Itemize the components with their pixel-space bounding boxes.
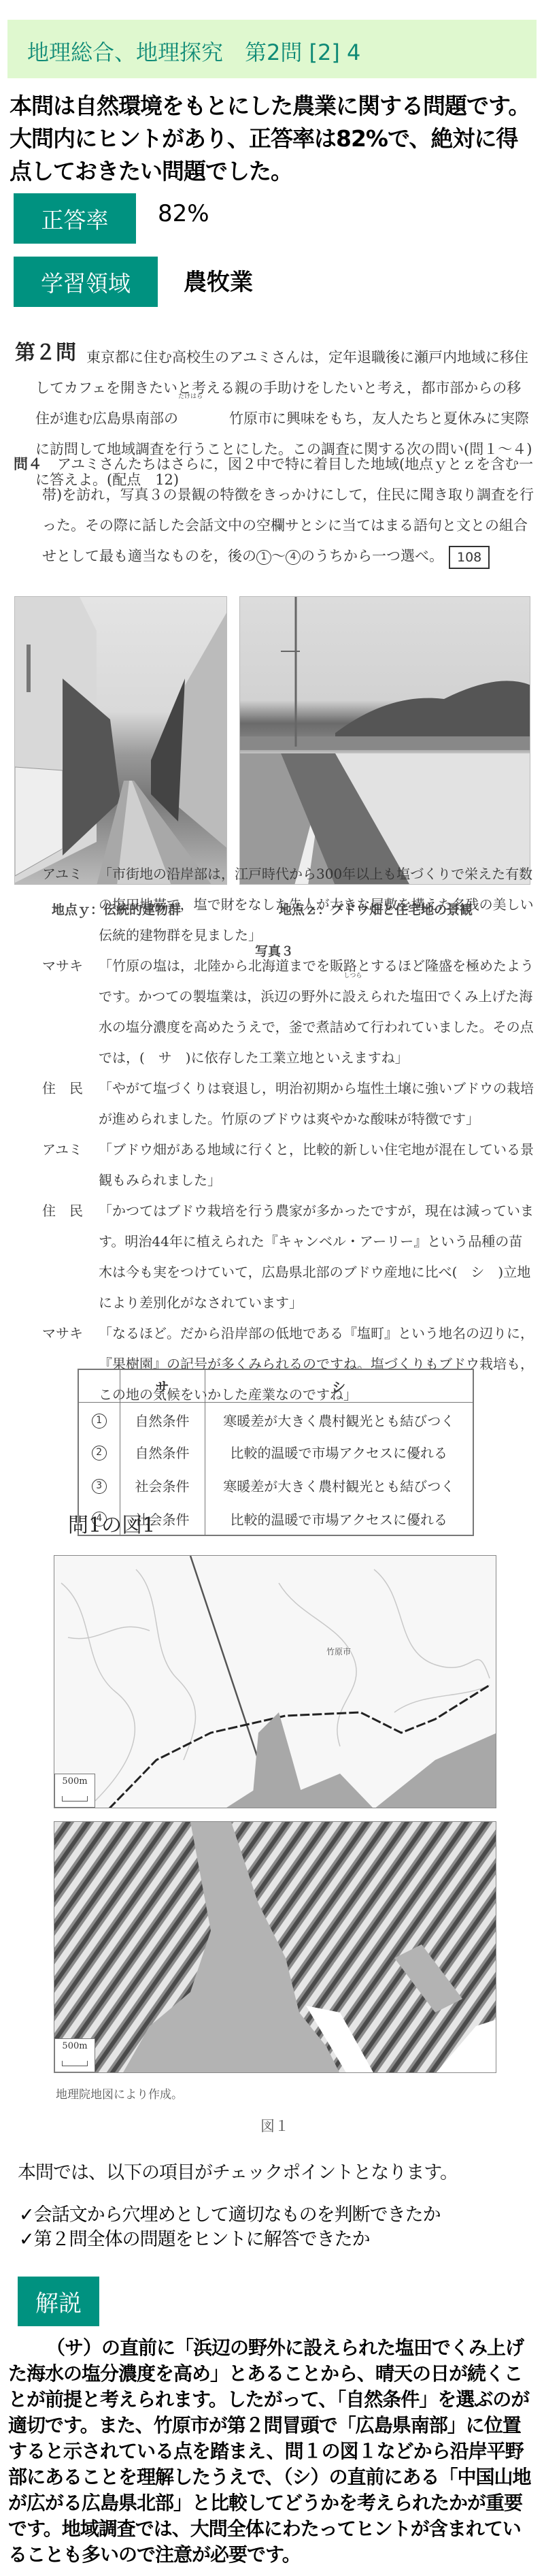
shi-cell: 寒暖差が大きく農村観光とも結びつく [205, 1469, 473, 1502]
ruby-takehara: たけはら竹原 [178, 404, 258, 434]
figure-source-note: 地理院地図により作成。 [56, 2085, 183, 2102]
speaker: アユミ [42, 859, 99, 951]
page-title: 地理総合、地理探究 第2問 [2] 4 [27, 35, 360, 67]
photo-traditional-buildings [14, 596, 227, 885]
ruby-shitsura: しつら設 [342, 981, 356, 1012]
relief-map-illustration [54, 1822, 496, 2073]
ruby-base: 竹原 [229, 410, 258, 427]
topographic-map: 竹原市 500m [54, 1555, 496, 1808]
choice-number-cell: 1 [78, 1402, 120, 1435]
table-row: 3 社会条件 寒暖差が大きく農村観光とも結びつく [78, 1469, 473, 1502]
circled-number-icon: 1 [92, 1414, 107, 1429]
map-label: 竹原市 [326, 1647, 351, 1657]
utterance: 「市街地の沿岸部は，江戸時代から300年以上も塩づくりで栄えた有数の塩田地帯で，… [99, 859, 534, 951]
utterance: 「竹原の塩は，北陸から北海道までを販路とするほど隆盛を極めたようです。かつての製… [99, 951, 534, 1073]
ruby-reading: しつら [343, 973, 362, 979]
shi-cell: 寒暖差が大きく農村観光とも結びつく [205, 1402, 473, 1435]
range-separator: ～ [271, 548, 286, 564]
circled-number-icon: 1 [256, 550, 271, 565]
table-row: 1 自然条件 寒暖差が大きく農村観光とも結びつく [78, 1402, 473, 1435]
learning-area-value: 農牧業 [184, 263, 253, 297]
correct-rate-label: 正答率 [14, 193, 136, 244]
topographic-map-illustration: 竹原市 [54, 1556, 496, 1808]
explanation-text: （サ）の直前に「浜辺の野外に設えられた塩田でくみ上げた海水の塩分濃度を高め」とあ… [8, 2335, 539, 2568]
header-cell-number [78, 1369, 120, 1402]
circled-number-icon: 4 [286, 550, 301, 565]
speaker: マサキ [42, 951, 99, 1073]
answer-number-box: 108 [449, 546, 490, 569]
dialogue-line: アユミ 「市街地の沿岸部は，江戸時代から300年以上も塩づくりで栄えた有数の塩田… [42, 859, 539, 951]
circled-number-icon: 2 [92, 1446, 107, 1461]
dialogue-line: マサキ 「竹原の塩は，北陸から北海道までを販路とするほど隆盛を極めたようです。か… [42, 951, 539, 1073]
dialogue-line: 住 民 「かつてはブドウ栽培を行う農家が多かったですが，現在は減っています。明治… [42, 1196, 539, 1318]
scale-label: 500m [62, 2041, 87, 2051]
sa-cell: 社会条件 [120, 1469, 205, 1502]
subquestion-text: アユミさんたちはさらに，図２中で特に着目した地域(地点ｙとｚを含む一帯)を訪れ，… [42, 449, 535, 572]
utterance: 「かつてはブドウ栽培を行う農家が多かったですが，現在は減っています。明治44年に… [99, 1196, 534, 1318]
figure-reference-label: 問1の図1 [68, 1508, 155, 1538]
figure-caption: 図１ [260, 2115, 289, 2136]
relief-map: 500m [54, 1821, 496, 2073]
ruby-reading: たけはら [178, 394, 203, 400]
sa-cell: 自然条件 [120, 1435, 205, 1469]
map-scale-bar: 500m [54, 1774, 95, 1808]
speaker: アユミ [42, 1135, 99, 1196]
vineyard-photo-illustration [240, 597, 530, 885]
header-cell-sa: サ [120, 1369, 205, 1402]
utterance: 「やがて塩づくりは衰退し，明治初期から塩性土壌に強いブドウの栽培が進められました… [99, 1073, 534, 1135]
learning-area-label: 学習領域 [14, 257, 158, 307]
choice-number-cell: 2 [78, 1435, 120, 1469]
scale-label: 500m [62, 1776, 87, 1787]
dialogue-line: 住 民 「やがて塩づくりは衰退し，明治初期から塩性土壌に強いブドウの栽培が進めら… [42, 1073, 539, 1135]
table-row: 2 自然条件 比較的温暖で市場アクセスに優れる [78, 1435, 473, 1469]
dialogue-line: アユミ 「ブドウ畑がある地域に行くと，比較的新しい住宅地が混在している景観もみら… [42, 1135, 539, 1196]
table-header-row: サ シ [78, 1369, 473, 1402]
checkpoint-item: ✓第２問全体の問題をヒントに解答できたか [19, 2228, 441, 2252]
sa-cell: 自然条件 [120, 1402, 205, 1435]
header-cell-shi: シ [205, 1369, 473, 1402]
correct-rate-value: 82% [158, 200, 209, 227]
subquestion-number: 問４ [14, 453, 42, 474]
intro-text: 本問は自然環境をもとにした農業に関する問題です。大問内にヒントがあり、正答率は8… [10, 90, 534, 188]
photo-vineyard-residential [239, 596, 530, 885]
checkpoint-item: ✓会話文から穴埋めとして適切なものを判断できたか [19, 2203, 441, 2228]
dialogue: アユミ 「市街地の沿岸部は，江戸時代から300年以上も塩づくりで栄えた有数の塩田… [42, 859, 539, 1410]
checkpoints-intro: 本問では、以下の項目がチェックポイントとなります。 [18, 2157, 458, 2184]
shi-cell: 比較的温暖で市場アクセスに優れる [205, 1502, 473, 1535]
ruby-base: 設 [342, 988, 356, 1005]
speaker: 住 民 [42, 1073, 99, 1135]
circled-number-icon: 3 [92, 1479, 107, 1494]
speaker: 住 民 [42, 1196, 99, 1318]
utterance: 「ブドウ畑がある地域に行くと，比較的新しい住宅地が混在している景観もみられました… [99, 1135, 534, 1196]
checkpoints-list: ✓会話文から穴埋めとして適切なものを判断できたか ✓第２問全体の問題をヒントに解… [19, 2203, 441, 2252]
street-photo-illustration [15, 597, 227, 885]
choice-number-cell: 3 [78, 1469, 120, 1502]
shi-cell: 比較的温暖で市場アクセスに優れる [205, 1435, 473, 1469]
map-scale-bar: 500m [54, 2038, 95, 2072]
q4-text-end: のうちから一つ選べ。 [301, 548, 443, 564]
explanation-label: 解説 [18, 2277, 99, 2326]
